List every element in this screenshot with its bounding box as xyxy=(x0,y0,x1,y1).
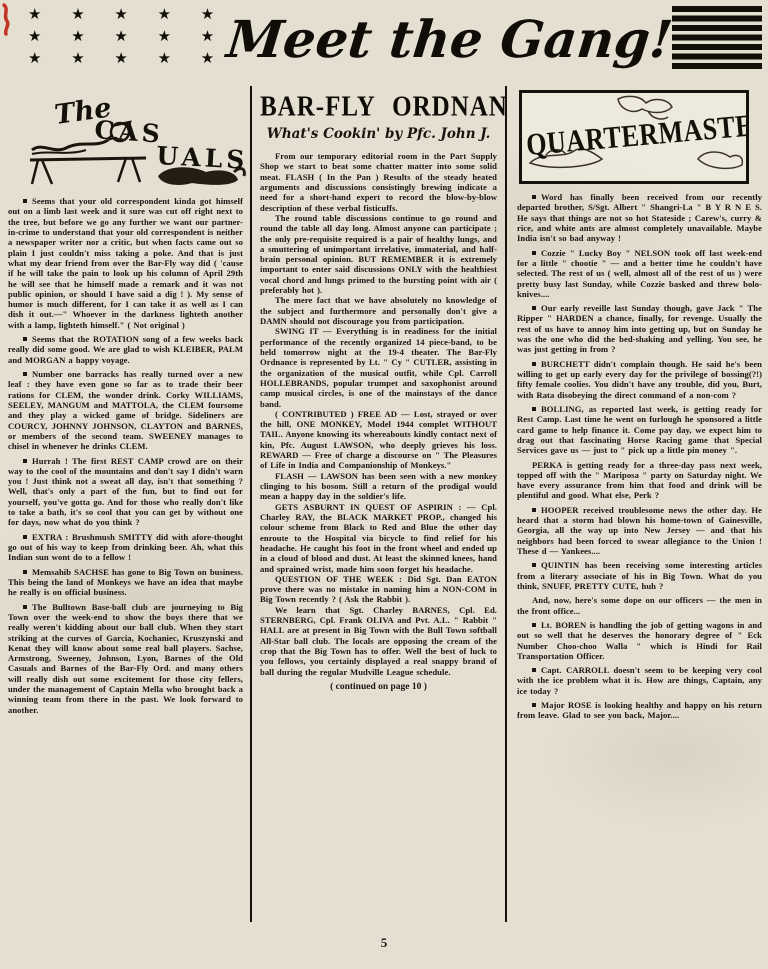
paragraph: HOOPER received troublesome news the oth… xyxy=(517,505,762,557)
paragraph-text: Lt. BOREN is handling the job of getting… xyxy=(517,620,762,661)
casuals-title-uals: UALS xyxy=(156,141,248,175)
stripes-decoration-icon xyxy=(672,6,762,72)
paragraph: Capt. CARROLL doesn't seem to be keeping… xyxy=(517,665,762,696)
paragraph-text: QUINTIN has been receiving some interest… xyxy=(517,560,762,591)
paragraph: PERKA is getting ready for a three-day p… xyxy=(517,460,762,501)
bullet-square-icon xyxy=(23,199,27,203)
paragraph-text: BURCHETT didn't complain though. He said… xyxy=(517,359,762,400)
bullet-square-icon xyxy=(23,570,27,574)
barfly-paragraphs: From our temporary editorial room in the… xyxy=(260,151,497,677)
paragraph: EXTRA : Brushmush SMITTY did with afore-… xyxy=(8,532,243,563)
page-title: Meet the Gang! xyxy=(223,0,677,80)
bullet-square-icon xyxy=(532,306,536,310)
barfly-column: BAR-FLY ORDNANCE What's Cookin' by Pfc. … xyxy=(250,86,507,922)
paragraph: BOLLING, as reported last week, is getti… xyxy=(517,404,762,456)
star-row: ★ ★ ★ ★ ★ xyxy=(28,4,227,26)
casuals-paragraphs: Seems that your old correspondent kinda … xyxy=(8,196,243,715)
bullet-square-icon xyxy=(532,563,536,567)
paragraph-text: Memsahib SACHSE has gone to Big Town on … xyxy=(8,567,243,598)
bullet-square-icon xyxy=(532,623,536,627)
bullet-square-icon xyxy=(532,668,536,672)
paragraph-text: PERKA is getting ready for a three-day p… xyxy=(517,460,762,501)
newsletter-page: ★ ★ ★ ★ ★ ★ ★ ★ ★ ★ ★ ★ ★ ★ ★ Meet the G… xyxy=(0,0,768,969)
bullet-square-icon xyxy=(532,195,536,199)
paragraph: QUINTIN has been receiving some interest… xyxy=(517,560,762,591)
casuals-column: The CAS UALS Seems that your old corresp… xyxy=(0,86,250,922)
paragraph-text: The mere fact that we have absolutely no… xyxy=(260,295,497,326)
paragraph: And, now, here's some dope on our office… xyxy=(517,595,762,616)
casuals-title-cas: CAS xyxy=(94,115,165,149)
paragraph-text: EXTRA : Brushmush SMITTY did with afore-… xyxy=(8,532,243,563)
paragraph-text: Seems that your old correspondent kinda … xyxy=(8,196,243,330)
paragraph: Major ROSE is looking healthy and happy … xyxy=(517,700,762,721)
bullet-square-icon xyxy=(532,251,536,255)
red-pen-mark-icon xyxy=(0,2,16,36)
paragraph: Our early reveille last Sunday though, g… xyxy=(517,303,762,355)
paragraph: Cozzie " Lucky Boy " NELSON took off las… xyxy=(517,248,762,300)
quartermaster-paragraphs: Word has finally been received from our … xyxy=(517,192,762,721)
paragraph: FLASH — LAWSON has been seen with a new … xyxy=(260,471,497,502)
paragraph-text: FLASH — LAWSON has been seen with a new … xyxy=(260,471,497,502)
paragraph-text: HOOPER received troublesome news the oth… xyxy=(517,505,762,556)
bullet-square-icon xyxy=(532,407,536,411)
bullet-square-icon xyxy=(23,337,27,341)
paragraph-text: Major ROSE is looking healthy and happy … xyxy=(517,700,762,720)
paragraph-text: We learn that Sgt. Charley BARNES, Cpl. … xyxy=(260,605,497,677)
paragraph-text: Number one barracks has really turned ov… xyxy=(8,369,243,451)
paragraph: We learn that Sgt. Charley BARNES, Cpl. … xyxy=(260,605,497,677)
paragraph: SWING IT — Everything is in readiness fo… xyxy=(260,326,497,409)
quartermaster-banner: QUARTERMASTER xyxy=(519,90,749,184)
paragraph: Seems that the ROTATION song of a few we… xyxy=(8,334,243,365)
paragraph-text: Word has finally been received from our … xyxy=(517,192,762,243)
bullet-square-icon xyxy=(23,535,27,539)
paragraph-text: SWING IT — Everything is in readiness fo… xyxy=(260,326,497,408)
masthead: ★ ★ ★ ★ ★ ★ ★ ★ ★ ★ ★ ★ ★ ★ ★ Meet the G… xyxy=(0,0,768,86)
paragraph: Seems that your old correspondent kinda … xyxy=(8,196,243,330)
paragraph-text: Capt. CARROLL doesn't seem to be keeping… xyxy=(517,665,762,696)
paragraph: Hurrah ! The first REST CAMP crowd are o… xyxy=(8,456,243,528)
bullet-square-icon xyxy=(532,362,536,366)
bullet-square-icon xyxy=(23,372,27,376)
barfly-subtitle: What's Cookin' by Pfc. John J. xyxy=(260,126,497,142)
paragraph: Word has finally been received from our … xyxy=(517,192,762,244)
paragraph-text: GETS ASBURNT IN QUEST OF ASPIRIN : — Cpl… xyxy=(260,502,497,574)
paragraph-text: Our early reveille last Sunday though, g… xyxy=(517,303,762,354)
paragraph-text: From our temporary editorial room in the… xyxy=(260,151,497,213)
paragraph-text: Hurrah ! The first REST CAMP crowd are o… xyxy=(8,456,243,528)
paragraph: BURCHETT didn't complain though. He said… xyxy=(517,359,762,400)
paragraph: Lt. BOREN is handling the job of getting… xyxy=(517,620,762,661)
columns: The CAS UALS Seems that your old corresp… xyxy=(0,86,768,922)
paragraph-text: Cozzie " Lucky Boy " NELSON took off las… xyxy=(517,248,762,299)
bullet-square-icon xyxy=(23,605,27,609)
barfly-title: BAR-FLY ORDNANCE xyxy=(260,92,497,123)
paragraph-text: QUESTION OF THE WEEK : Did Sgt. Dan EATO… xyxy=(260,574,497,605)
quartermaster-column: QUARTERMASTER Word has finally been rece… xyxy=(507,86,768,922)
stars-decoration-icon: ★ ★ ★ ★ ★ ★ ★ ★ ★ ★ ★ ★ ★ ★ ★ xyxy=(0,0,227,70)
paragraph: The mere fact that we have absolutely no… xyxy=(260,295,497,326)
paragraph: From our temporary editorial room in the… xyxy=(260,151,497,213)
paragraph-text: And, now, here's some dope on our office… xyxy=(517,595,762,615)
paragraph-text: The round table discussions continue to … xyxy=(260,213,497,295)
star-row: ★ ★ ★ ★ ★ xyxy=(28,48,227,70)
bullet-square-icon xyxy=(532,508,536,512)
continued-note: ( continued on page 10 ) xyxy=(260,682,497,692)
paragraph-text: ( CONTRIBUTED ) FREE AD — Lost, strayed … xyxy=(260,409,497,471)
paragraph-text: Seems that the ROTATION song of a few we… xyxy=(8,334,243,365)
paragraph-text: The Bulltown Base-ball club are journeyi… xyxy=(8,602,243,715)
paragraph: The Bulltown Base-ball club are journeyi… xyxy=(8,602,243,715)
paragraph: The round table discussions continue to … xyxy=(260,213,497,296)
paragraph: QUESTION OF THE WEEK : Did Sgt. Dan EATO… xyxy=(260,574,497,605)
page-number: 5 xyxy=(0,935,768,951)
casuals-cartoon-icon: The CAS UALS xyxy=(8,88,248,192)
paragraph: ( CONTRIBUTED ) FREE AD — Lost, strayed … xyxy=(260,409,497,471)
star-row: ★ ★ ★ ★ ★ xyxy=(28,26,227,48)
bullet-square-icon xyxy=(532,703,536,707)
paragraph-text: BOLLING, as reported last week, is getti… xyxy=(517,404,762,455)
paragraph: Memsahib SACHSE has gone to Big Town on … xyxy=(8,567,243,598)
paragraph: GETS ASBURNT IN QUEST OF ASPIRIN : — Cpl… xyxy=(260,502,497,574)
bullet-square-icon xyxy=(23,459,27,463)
paragraph: Number one barracks has really turned ov… xyxy=(8,369,243,452)
